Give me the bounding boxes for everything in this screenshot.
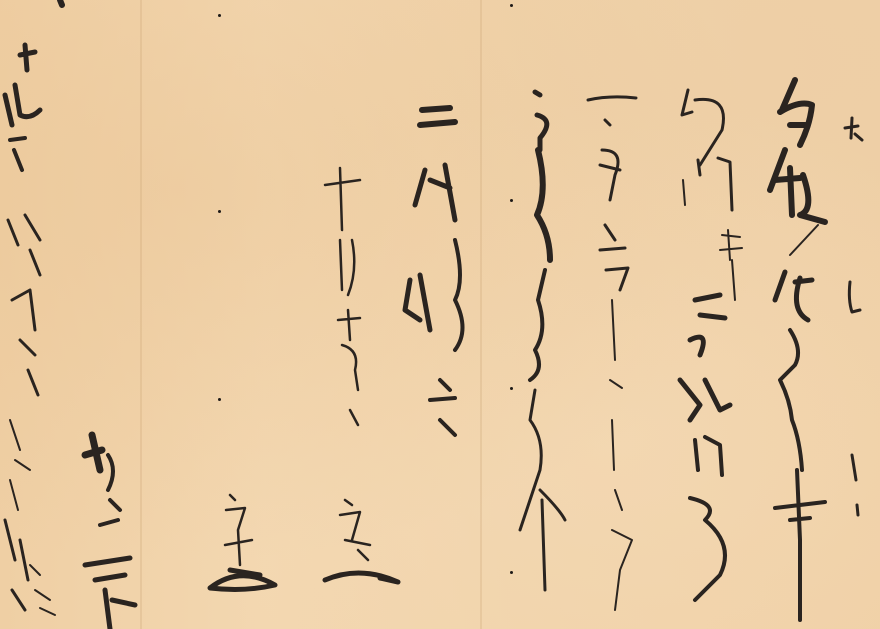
column-2 [770,80,825,620]
column-8 [325,500,398,582]
column-7 [325,168,360,425]
column-4 [588,97,636,610]
column-6 [405,108,463,435]
column-5 [520,92,565,590]
column-3 [680,90,742,600]
calligraphy-letter: むね 白極々経久之事 内門并 主状同前 一両上着をこまで候 うちとけてのみ候 上… [0,0,880,629]
column-9 [210,495,275,589]
ink-strokes [0,0,880,629]
column-10 [85,435,135,629]
column-1 [845,118,862,515]
column-11 [5,0,62,615]
